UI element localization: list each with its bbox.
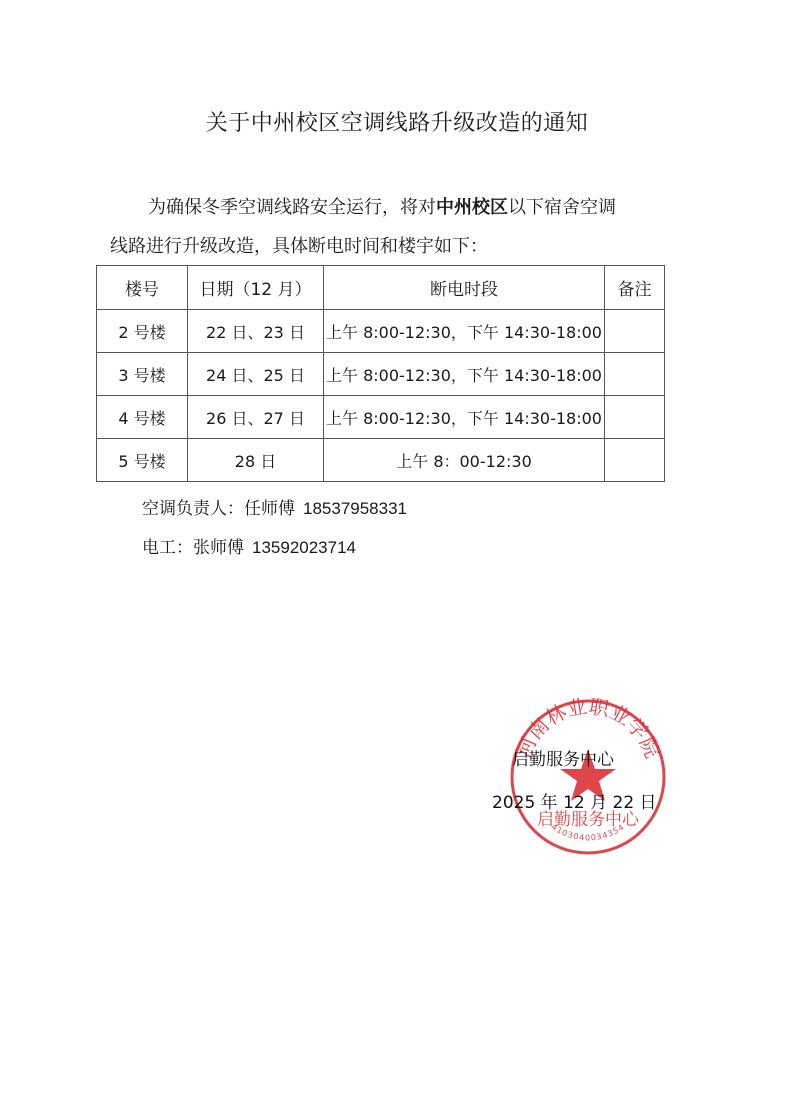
header-note: 备注 bbox=[605, 266, 665, 310]
contact-label: 空调负责人：任师傅 bbox=[142, 499, 295, 519]
cell-date: 26 日、27 日 bbox=[188, 396, 324, 439]
table-header-row: 楼号 日期（12 月） 断电时段 备注 bbox=[97, 266, 665, 310]
cell-building: 2 号楼 bbox=[97, 310, 188, 353]
cell-date: 22 日、23 日 bbox=[188, 310, 324, 353]
campus-name: 中州校区 bbox=[436, 197, 508, 218]
cell-note bbox=[605, 396, 665, 439]
table-row: 4 号楼 26 日、27 日 上午 8:00-12:30，下午 14:30-18… bbox=[97, 396, 665, 439]
intro-line-1: 为确保冬季空调线路安全运行，将对中州校区以下宿舍空调 bbox=[148, 193, 708, 219]
header-period: 断电时段 bbox=[324, 266, 605, 310]
contact-electrician: 电工：张师傅13592023714 bbox=[142, 533, 356, 558]
table-row: 3 号楼 24 日、25 日 上午 8:00-12:30，下午 14:30-18… bbox=[97, 353, 665, 396]
contact-phone: 18537958331 bbox=[303, 499, 407, 518]
header-date: 日期（12 月） bbox=[188, 266, 324, 310]
contact-label: 电工：张师傅 bbox=[142, 538, 244, 558]
document-title: 关于中州校区空调线路升级改造的通知 bbox=[0, 106, 794, 137]
table-row: 2 号楼 22 日、23 日 上午 8:00-12:30，下午 14:30-18… bbox=[97, 310, 665, 353]
cell-date: 28 日 bbox=[188, 439, 324, 482]
cell-period: 上午 8：00-12:30 bbox=[324, 439, 605, 482]
cell-note bbox=[605, 439, 665, 482]
contact-ac: 空调负责人：任师傅18537958331 bbox=[142, 494, 407, 519]
cell-period: 上午 8:00-12:30，下午 14:30-18:00 bbox=[324, 353, 605, 396]
intro-text: 以下宿舍空调 bbox=[508, 197, 616, 218]
cell-period: 上午 8:00-12:30，下午 14:30-18:00 bbox=[324, 396, 605, 439]
signature-date: 2025 年 12 月 22 日 bbox=[492, 788, 657, 813]
outage-schedule-table: 楼号 日期（12 月） 断电时段 备注 2 号楼 22 日、23 日 上午 8:… bbox=[96, 265, 665, 482]
table-row: 5 号楼 28 日 上午 8：00-12:30 bbox=[97, 439, 665, 482]
cell-period: 上午 8:00-12:30，下午 14:30-18:00 bbox=[324, 310, 605, 353]
intro-line-2: 线路进行升级改造，具体断电时间和楼宇如下： bbox=[110, 232, 670, 258]
cell-note bbox=[605, 310, 665, 353]
header-building: 楼号 bbox=[97, 266, 188, 310]
signature-department: 启勤服务中心 bbox=[512, 745, 614, 770]
cell-note bbox=[605, 353, 665, 396]
official-seal-icon: 河南林业职业学院 启勤服务中心 4103040034354 bbox=[508, 697, 668, 857]
cell-building: 4 号楼 bbox=[97, 396, 188, 439]
cell-building: 5 号楼 bbox=[97, 439, 188, 482]
cell-building: 3 号楼 bbox=[97, 353, 188, 396]
cell-date: 24 日、25 日 bbox=[188, 353, 324, 396]
intro-text: 为确保冬季空调线路安全运行，将对 bbox=[148, 197, 436, 218]
contact-phone: 13592023714 bbox=[252, 538, 356, 557]
